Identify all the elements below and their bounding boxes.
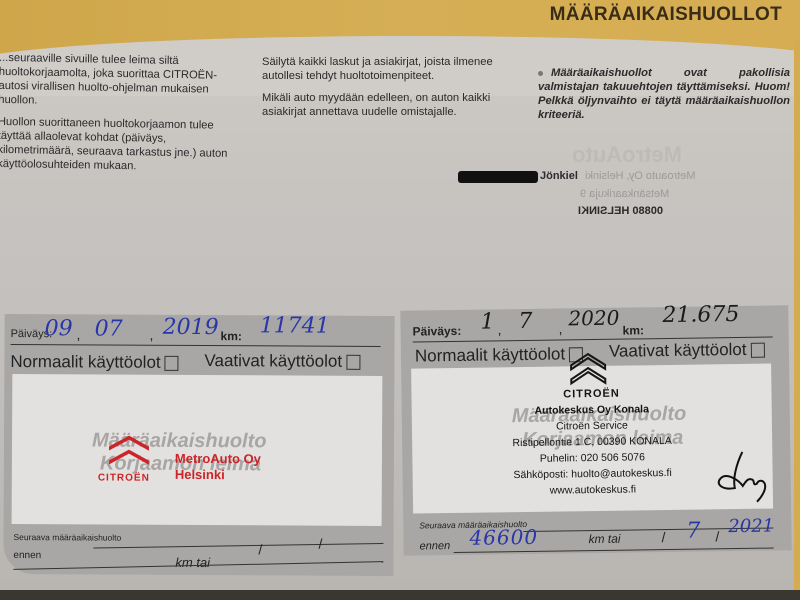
- next-service-label: Seuraava määräaikaishuolto: [13, 532, 121, 543]
- page-title: MÄÄRÄAIKAISHUOLLOT: [550, 4, 782, 26]
- date-year[interactable]: 2019: [163, 315, 219, 340]
- demanding-conditions: Vaativat käyttöolot: [204, 351, 360, 372]
- date-month[interactable]: 07: [95, 316, 123, 341]
- demanding-conditions-checkbox[interactable]: [346, 355, 360, 370]
- underline: [93, 543, 383, 549]
- stamp-area: Määräaikaishuolto Korjaamon leima CITROË…: [411, 364, 773, 514]
- date-separator: ,: [77, 326, 81, 342]
- stamp-email: Sähköposti: huolto@autokeskus.fi: [483, 465, 703, 484]
- next-km-value[interactable]: 46600: [469, 525, 538, 550]
- date-separator: ,: [497, 321, 501, 337]
- km-or-label: km tai: [588, 532, 620, 546]
- intro-paragraph: Huollon suorittaneen huoltokorjaamon tul…: [0, 115, 243, 175]
- normal-conditions-label: Normaalit käyttöolot: [415, 344, 565, 365]
- normal-conditions-checkbox[interactable]: [165, 356, 179, 371]
- redacted-text: [458, 171, 538, 183]
- stamp-company: MetroAuto Oy: [175, 451, 261, 466]
- intro-paragraph: Säilytä kaikki laskut ja asiakirjat, joi…: [262, 55, 527, 83]
- page-edge: [794, 40, 800, 590]
- date-month[interactable]: 7: [518, 309, 532, 334]
- demanding-conditions-checkbox[interactable]: [750, 343, 764, 358]
- slash: /: [318, 536, 322, 552]
- normal-conditions-label: Normaalit käyttöolot: [10, 352, 160, 372]
- bleed-text: 00880 HELSINKI: [578, 205, 663, 217]
- stamp-brand: CITROËN: [98, 472, 150, 483]
- intro-paragraph: Mikäli auto myydään edelleen, on auton k…: [262, 91, 527, 119]
- intro-column-1: ...seuraaville sivuille tulee leima silt…: [0, 51, 244, 183]
- demanding-conditions: Vaativat käyttöolot: [609, 340, 765, 362]
- service-entry-card-2: Päiväys: 1 , 7 , 2020 km: 21.675 Normaal…: [400, 305, 791, 555]
- service-booklet-page: MÄÄRÄAIKAISHUOLLOT ...seuraaville sivuil…: [0, 0, 800, 590]
- intro-paragraph: ...seuraaville sivuille tulee leima silt…: [0, 51, 244, 111]
- normal-conditions: Normaalit käyttöolot: [415, 344, 583, 366]
- stamp-address: Ristipellontie 1 C, 00390 KONALA: [482, 433, 702, 452]
- date-year[interactable]: 2020: [568, 306, 619, 331]
- km-value[interactable]: 21.675: [662, 302, 739, 328]
- bleed-text: Metsänkaarikuja 9: [580, 188, 669, 200]
- slash: /: [661, 529, 665, 545]
- stamp-text-block: CITROËN Autokeskus Oy Konala Citroën Ser…: [481, 385, 703, 500]
- stamp-city: Helsinki: [175, 467, 225, 482]
- km-value[interactable]: 11741: [260, 313, 330, 338]
- signature-icon: [712, 450, 773, 507]
- bleed-text: Metroauto Oy, Helsinki: [585, 170, 695, 182]
- before-label: ennen: [13, 550, 41, 561]
- intro-column-3: Määräaikaishuollot ovat pakollisia valmi…: [538, 66, 790, 122]
- bullet-icon: [538, 71, 543, 76]
- bleed-text: MetroAuto: [572, 142, 682, 168]
- bleed-text: Jönkiel: [540, 170, 578, 182]
- stamp-area: Määräaikaishuolto Korjaamon leima CITROË…: [12, 374, 383, 526]
- next-month-value[interactable]: 7: [686, 519, 700, 544]
- normal-conditions: Normaalit käyttöolot: [10, 352, 178, 373]
- intro-column-2: Säilytä kaikki laskut ja asiakirjat, joi…: [262, 55, 527, 127]
- date-day[interactable]: 1: [480, 309, 494, 334]
- date-separator: ,: [558, 320, 562, 336]
- km-label: km:: [221, 329, 242, 343]
- warning-note: Määräaikaishuollot ovat pakollisia valmi…: [538, 67, 790, 121]
- stamp-web: www.autokeskus.fi: [483, 481, 703, 500]
- slash: /: [258, 541, 262, 557]
- km-or-label: km tai: [175, 555, 210, 570]
- date-label: Päiväys:: [413, 324, 462, 339]
- slash: /: [715, 528, 719, 544]
- underline: [11, 344, 381, 347]
- service-entry-card-1: Päiväys: 09 , 07 , 2019 km: 11741 Normaa…: [3, 314, 394, 576]
- date-day[interactable]: 09: [45, 316, 73, 341]
- next-year-value[interactable]: 2021: [728, 516, 774, 538]
- demanding-conditions-label: Vaativat käyttöolot: [609, 340, 747, 361]
- demanding-conditions-label: Vaativat käyttöolot: [204, 351, 342, 371]
- before-label: ennen: [420, 540, 451, 552]
- citroen-chevrons-icon: [107, 433, 151, 469]
- km-label: km:: [623, 323, 645, 337]
- date-separator: ,: [150, 327, 154, 343]
- citroen-chevrons-icon: [569, 352, 607, 387]
